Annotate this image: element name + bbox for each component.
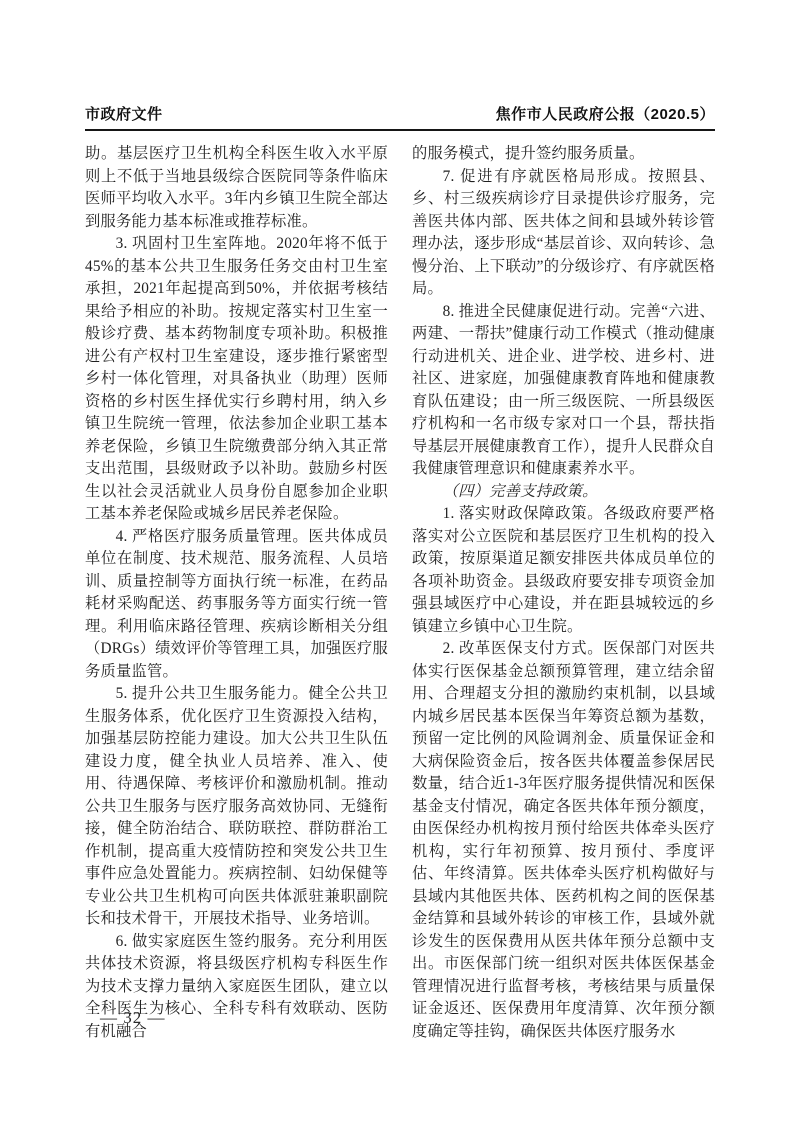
paragraph-continuation: 的服务模式，提升签约服务质量。 bbox=[412, 143, 715, 166]
header-divider bbox=[85, 129, 715, 131]
header-left-label: 市政府文件 bbox=[85, 103, 163, 124]
right-column: 的服务模式，提升签约服务质量。 7. 促进有序就医格局形成。按照县、乡、村三级疾… bbox=[412, 143, 715, 1043]
paragraph-item-3: 3. 巩固村卫生室阵地。2020年将不低于45%的基本公共卫生服务任务交由村卫生… bbox=[85, 233, 388, 526]
paragraph-item-5: 5. 提升公共卫生服务能力。健全公共卫生服务体系，优化医疗卫生资源投入结构，加强… bbox=[85, 683, 388, 931]
body-columns: 助。基层医疗卫生机构全科医生收入水平原则上不低于当地县级综合医院同等条件临床医师… bbox=[85, 143, 715, 1043]
paragraph-item-1: 1. 落实财政保障政策。各级政府要严格落实对公立医院和基层医疗卫生机构的投入政策… bbox=[412, 503, 715, 638]
section-heading-4: （四）完善支持政策。 bbox=[412, 481, 715, 504]
paragraph-item-4: 4. 严格医疗服务质量管理。医共体成员单位在制度、技术规范、服务流程、人员培训、… bbox=[85, 526, 388, 684]
header-right-label: 焦作市人民政府公报（2020.5） bbox=[496, 103, 715, 124]
left-column: 助。基层医疗卫生机构全科医生收入水平原则上不低于当地县级综合医院同等条件临床医师… bbox=[85, 143, 388, 1043]
page-number: — 32 — bbox=[100, 1008, 166, 1028]
paragraph-item-2: 2. 改革医保支付方式。医保部门对医共体实行医保基金总额预算管理，建立结余留用、… bbox=[412, 638, 715, 1043]
paragraph-item-8: 8. 推进全民健康促进行动。完善“六进、两建、一帮扶”健康行动工作模式（推动健康… bbox=[412, 301, 715, 481]
paragraph-item-7: 7. 促进有序就医格局形成。按照县、乡、村三级疾病诊疗目录提供诊疗服务，完善医共… bbox=[412, 166, 715, 301]
gazette-page: 市政府文件 焦作市人民政府公报（2020.5） 助。基层医疗卫生机构全科医生收入… bbox=[0, 0, 793, 1122]
paragraph-continuation: 助。基层医疗卫生机构全科医生收入水平原则上不低于当地县级综合医院同等条件临床医师… bbox=[85, 143, 388, 233]
page-header: 市政府文件 焦作市人民政府公报（2020.5） bbox=[85, 103, 715, 124]
